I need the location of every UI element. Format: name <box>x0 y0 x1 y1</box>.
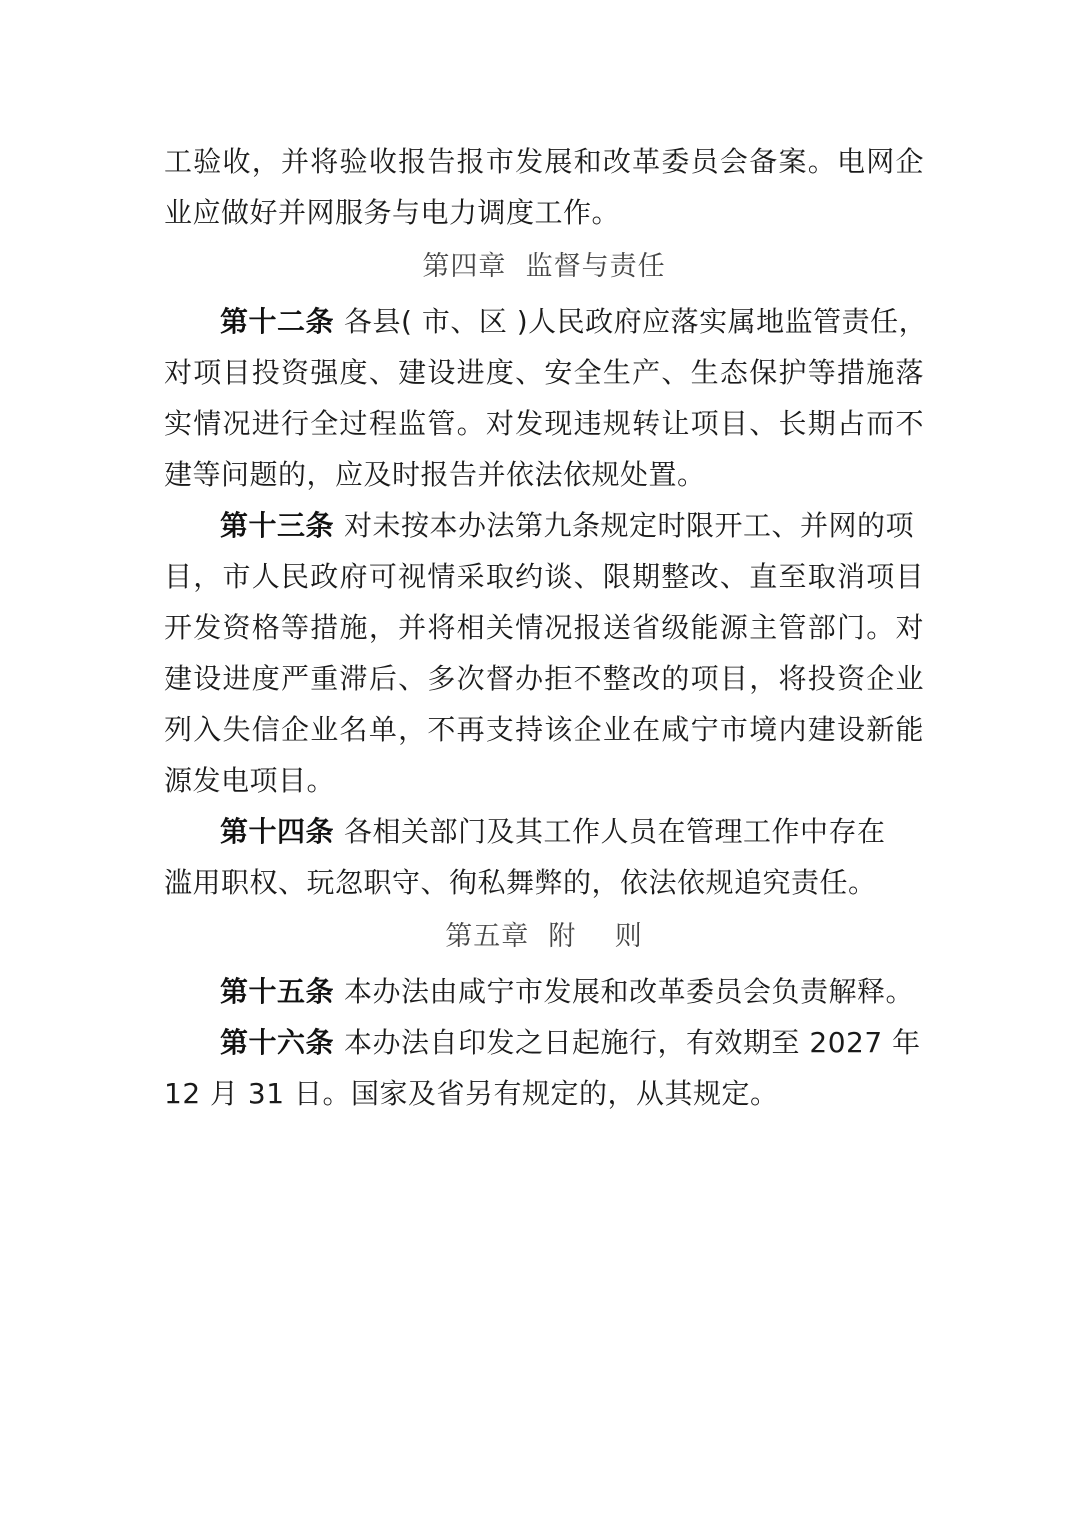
paragraph-line: 对项目投资强度、建设进度、安全生产、生态保护等措施落 <box>164 347 924 398</box>
paragraph-line: 建设进度严重滞后、多次督办拒不整改的项目，将投资企业 <box>164 653 924 704</box>
article-text: 各相关部门及其工作人员在管理工作中存在 <box>344 815 886 848</box>
article-text: 各县( 市、区 )人民政府应落实属地监管责任， <box>344 305 927 338</box>
article-first-line: 第十四条各相关部门及其工作人员在管理工作中存在 <box>164 806 924 857</box>
article-first-line: 第十三条对未按本办法第九条规定时限开工、并网的项 <box>164 500 924 551</box>
article-first-line: 第十二条各县( 市、区 )人民政府应落实属地监管责任， <box>164 296 924 347</box>
article-number: 第十五条 <box>220 975 334 1008</box>
paragraph-line: 实情况进行全过程监管。对发现违规转让项目、长期占而不 <box>164 398 924 449</box>
paragraph-line: 开发资格等措施，并将相关情况报送省级能源主管部门。对 <box>164 602 924 653</box>
paragraph-line: 12 月 31 日。国家及省另有规定的，从其规定。 <box>164 1068 924 1119</box>
article-text: 本办法自印发之日起施行，有效期至 2027 年 <box>344 1026 921 1059</box>
paragraph-line: 工验收，并将验收报告报市发展和改革委员会备案。电网企 <box>164 136 924 187</box>
article-number: 第十六条 <box>220 1026 334 1059</box>
article-first-line: 第十五条本办法由咸宁市发展和改革委员会负责解释。 <box>164 966 924 1017</box>
paragraph-line: 源发电项目。 <box>164 755 924 806</box>
article-first-line: 第十六条本办法自印发之日起施行，有效期至 2027 年 <box>164 1017 924 1068</box>
paragraph-line: 滥用职权、玩忽职守、徇私舞弊的，依法依规追究责任。 <box>164 857 924 908</box>
article-number: 第十二条 <box>220 305 334 338</box>
article-text: 对未按本办法第九条规定时限开工、并网的项 <box>344 509 914 542</box>
article-number: 第十四条 <box>220 815 334 848</box>
paragraph-line: 列入失信企业名单，不再支持该企业在咸宁市境内建设新能 <box>164 704 924 755</box>
document-page: 工验收，并将验收报告报市发展和改革委员会备案。电网企 业应做好并网服务与电力调度… <box>164 136 924 1119</box>
paragraph-line: 目，市人民政府可视情采取约谈、限期整改、直至取消项目 <box>164 551 924 602</box>
article-text: 本办法由咸宁市发展和改革委员会负责解释。 <box>344 975 914 1008</box>
chapter-heading: 第四章 监督与责任 <box>164 238 924 296</box>
article-number: 第十三条 <box>220 509 334 542</box>
paragraph-line: 建等问题的，应及时报告并依法依规处置。 <box>164 449 924 500</box>
chapter-heading: 第五章 附 则 <box>164 908 924 966</box>
paragraph-line: 业应做好并网服务与电力调度工作。 <box>164 187 924 238</box>
